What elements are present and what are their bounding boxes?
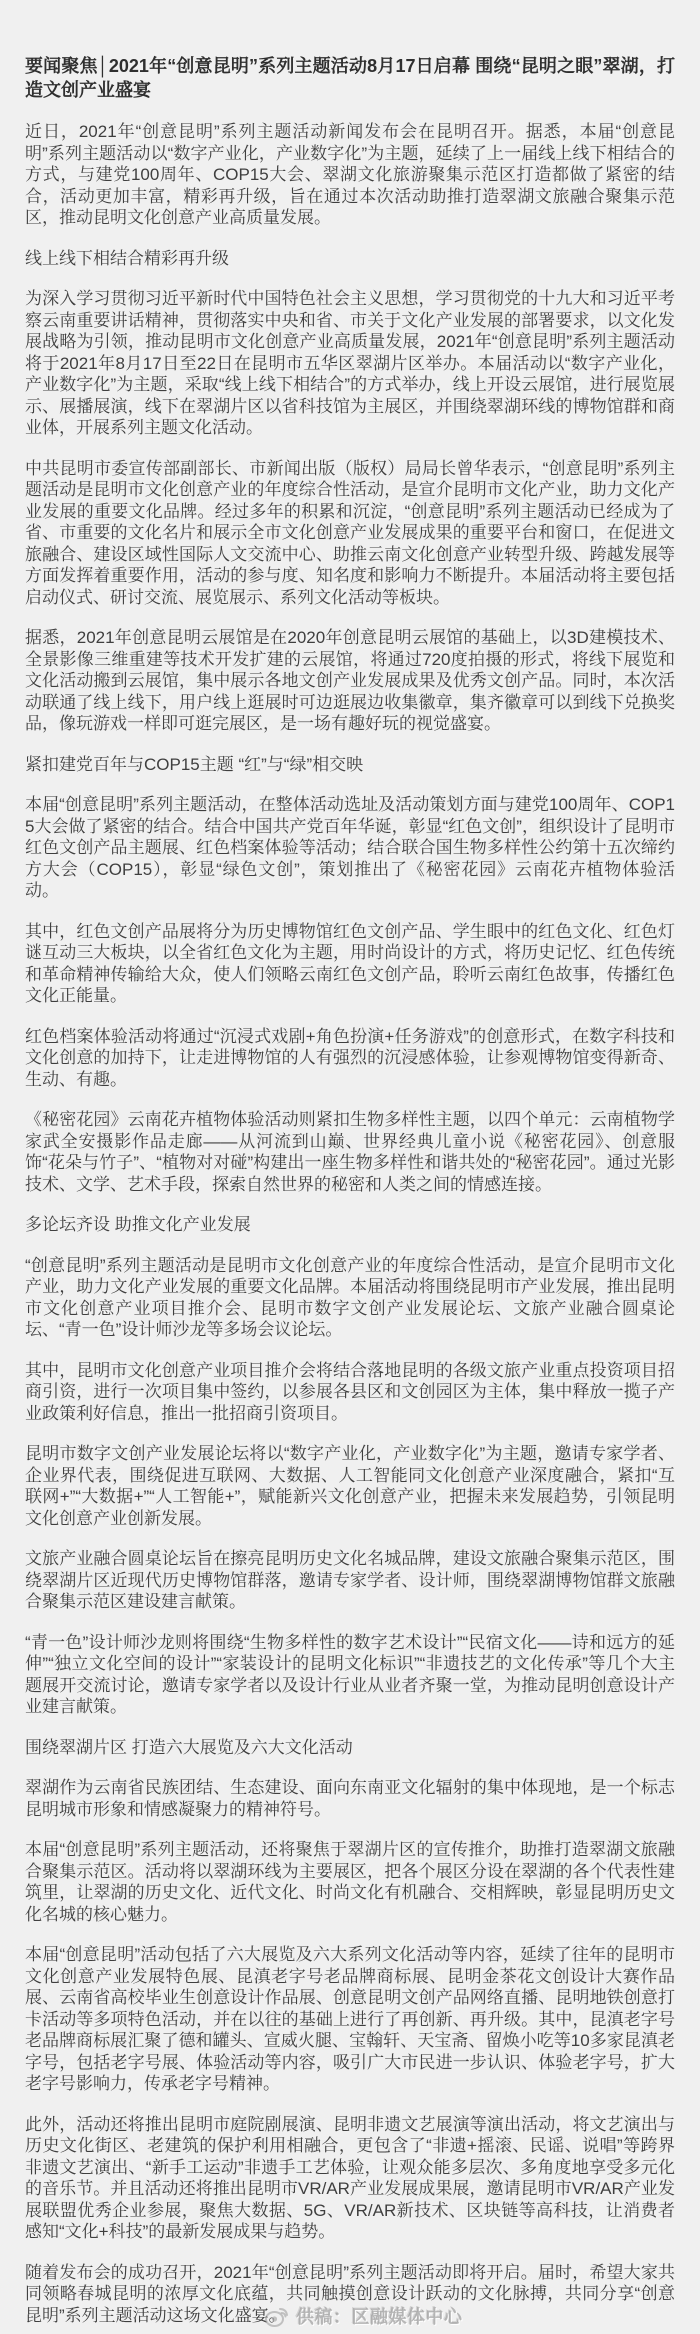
article-paragraph: 本届“创意昆明”系列主题活动，在整体活动选址及活动策划方面与建党100周年、CO…: [25, 794, 675, 902]
article-paragraph: 本届“创意昆明”系列主题活动，还将聚焦于翠湖片区的宣传推介，助推打造翠湖文旅融合…: [25, 1839, 675, 1925]
article-paragraph: 本届“创意昆明”活动包括了六大展览及六大系列文化活动等内容，延续了往年的昆明市文…: [25, 1944, 675, 2095]
article-paragraph: 据悉，2021年创意昆明云展馆是在2020年创意昆明云展馆的基础上，以3D建模技…: [25, 627, 675, 735]
article-paragraph: 中共昆明市委宣传部副部长、市新闻出版（版权）局局长曾华表示，“创意昆明”系列主题…: [25, 458, 675, 609]
article-paragraph: 昆明市数字文创产业发展论坛将以“数字产业化，产业数字化”为主题，邀请专家学者、企…: [25, 1443, 675, 1529]
article-paragraph: 随着发布会的成功召开，2021年“创意昆明”系列主题活动即将开启。届时，希望大家…: [25, 2262, 675, 2327]
section-heading: 紧扣建党百年与COP15主题 “红”与“绿”相交映: [25, 754, 675, 776]
article-title: 要闻聚焦│2021年“创意昆明”系列主题活动8月17日启幕 围绕“昆明之眼”翠湖…: [25, 54, 675, 102]
article-paragraph: “青一色”设计师沙龙则将围绕“生物多样性的数字艺术设计”“民宿文化——诗和远方的…: [25, 1632, 675, 1718]
article-body: 要闻聚焦│2021年“创意昆明”系列主题活动8月17日启幕 围绕“昆明之眼”翠湖…: [0, 0, 700, 2326]
article-paragraph: “创意昆明”系列主题活动是昆明市文化创意产业的年度综合性活动，是宣介昆明市文化产…: [25, 1255, 675, 1341]
article-paragraph: 为深入学习贯彻习近平新时代中国特色社会主义思想，学习贯彻党的十九大和习近平考察云…: [25, 288, 675, 439]
article-paragraph: 《秘密花园》云南花卉植物体验活动则紧扣生物多样性主题，以四个单元：云南植物学家武…: [25, 1109, 675, 1195]
article-paragraph: 其中，昆明市文化创意产业项目推介会将结合落地昆明的各级文旅产业重点投资项目招商引…: [25, 1360, 675, 1425]
article-paragraph: 翠湖作为云南省民族团结、生态建设、面向东南亚文化辐射的集中体现地，是一个标志昆明…: [25, 1777, 675, 1820]
section-heading: 线上线下相结合精彩再升级: [25, 248, 675, 270]
article-paragraph: 其中，红色文创产品展将分为历史博物馆红色文创产品、学生眼中的红色文化、红色灯谜互…: [25, 921, 675, 1007]
article-paragraph: 近日，2021年“创意昆明”系列主题活动新闻发布会在昆明召开。据悉，本届“创意昆…: [25, 121, 675, 229]
section-heading: 多论坛齐设 助推文化产业发展: [25, 1214, 675, 1236]
section-heading: 围绕翠湖片区 打造六大展览及六大文化活动: [25, 1737, 675, 1759]
article-paragraph: 文旅产业融合圆桌论坛旨在擦亮昆明历史文化名城品牌，建设文旅融合聚集示范区，围绕翠…: [25, 1548, 675, 1613]
article-paragraph: 此外，活动还将推出昆明市庭院剧展演、昆明非遗文艺展演等演出活动，将文艺演出与历史…: [25, 2114, 675, 2243]
article-paragraph: 红色档案体验活动将通过“沉浸式戏剧+角色扮演+任务游戏”的创意形式，在数字科技和…: [25, 1026, 675, 1091]
